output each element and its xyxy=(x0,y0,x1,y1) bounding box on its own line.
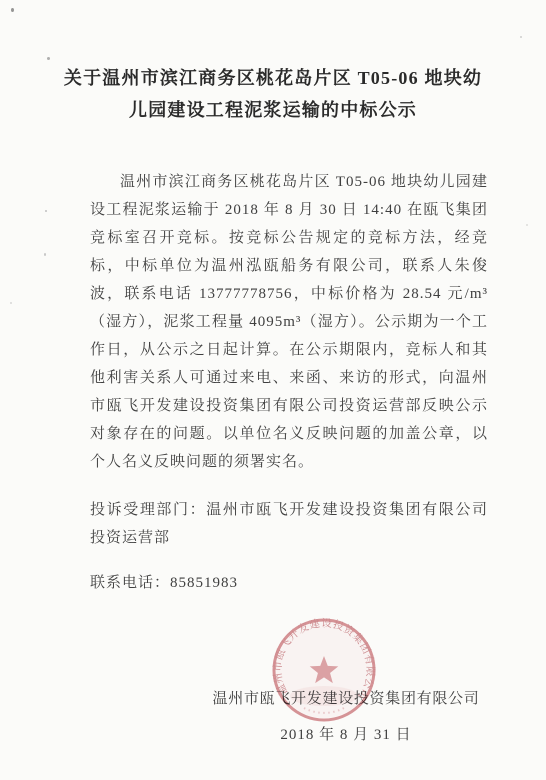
signature-company-name: 温州市瓯飞开发建设投资集团有限公司 xyxy=(196,689,496,709)
notice-title: 关于温州市滨江商务区桃花岛片区 T05-06 地块幼儿园建设工程泥浆运输的中标公… xyxy=(55,62,491,126)
scan-noise-speck xyxy=(526,224,528,226)
scan-noise-speck xyxy=(10,302,12,304)
signature-date: 2018 年 8 月 31 日 xyxy=(196,725,496,745)
notice-body: 温州市滨江商务区桃花岛片区 T05-06 地块幼儿园建设工程泥浆运输于 2018… xyxy=(90,168,488,597)
star-icon xyxy=(310,656,339,683)
notice-paragraph-phone: 联系电话：85851983 xyxy=(90,569,488,597)
scan-noise-speck xyxy=(45,210,47,212)
notice-paragraph-complaint-dept: 投诉受理部门：温州市瓯飞开发建设投资集团有限公司投资运营部 xyxy=(90,496,488,552)
scan-noise-speck xyxy=(44,253,46,256)
scan-noise-speck xyxy=(47,57,50,60)
scan-noise-speck xyxy=(11,8,14,12)
scan-noise-speck xyxy=(520,36,522,38)
notice-paragraph-main: 温州市滨江商务区桃花岛片区 T05-06 地块幼儿园建设工程泥浆运输于 2018… xyxy=(90,168,488,476)
notice-document: 关于温州市滨江商务区桃花岛片区 T05-06 地块幼儿园建设工程泥浆运输的中标公… xyxy=(0,0,546,780)
signature-block: 温州市瓯飞开发建设投资集团有限公司 2018 年 8 月 31 日 xyxy=(196,689,496,745)
